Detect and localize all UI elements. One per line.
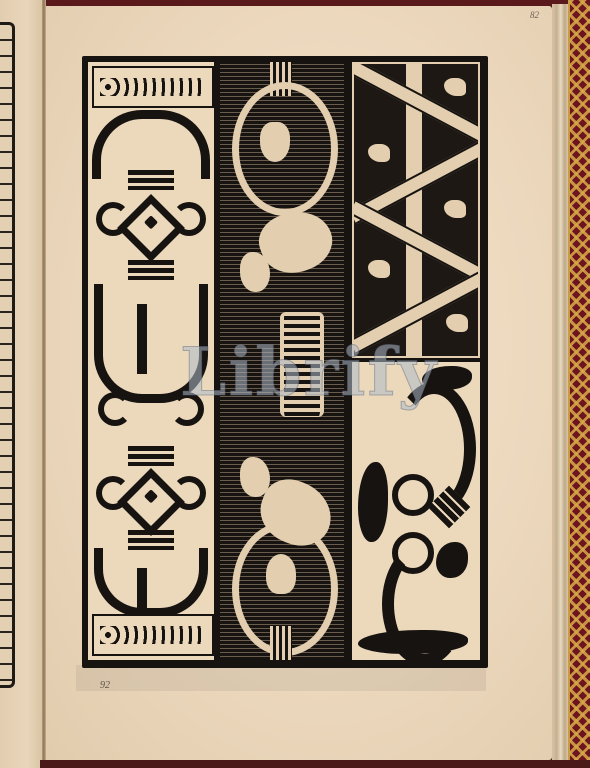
binding-bottom-edge: [40, 760, 590, 768]
animal-upper-head: [240, 252, 270, 292]
bar-ornament-icon: [128, 530, 174, 550]
frieze-top: [92, 66, 214, 108]
foliage-icon: [358, 462, 388, 542]
left-page: [0, 0, 44, 768]
scroll-ornament-icon: [92, 110, 210, 179]
curl-ornament-icon: [170, 392, 204, 426]
vase-scroll-ornament-icon: [94, 284, 208, 403]
curl-ornament-icon: [96, 202, 130, 236]
ink-offset-shadow: [76, 665, 486, 691]
woodcut-panel-serpent: [352, 362, 480, 660]
left-page-woodcut-fragment: [0, 22, 15, 688]
signature-mark: 92: [100, 680, 110, 691]
curl-ornament-icon: [172, 202, 206, 236]
page-fore-edge: [552, 4, 568, 760]
woodcut-panel-left: [88, 62, 214, 660]
plant-icon: [260, 122, 290, 162]
woodcut-panel-center: [220, 62, 344, 660]
woodcut-panel-trellis: [352, 62, 480, 358]
spiral-icon: [392, 474, 434, 516]
pillar-bottom-icon: [270, 626, 292, 660]
bar-ornament-icon: [128, 446, 174, 466]
vase-scroll-ornament-icon: [94, 548, 208, 617]
vine-leaf-icon: [368, 260, 390, 278]
book-photo: 82: [0, 0, 590, 768]
gilt-binding-edge: [568, 0, 590, 768]
curl-ornament-icon: [172, 476, 206, 510]
vine-leaf-icon: [368, 144, 390, 162]
frieze-bottom: [92, 614, 214, 656]
vine-leaf-icon: [444, 200, 466, 218]
woodcut-block: [82, 56, 488, 668]
bar-ornament-icon: [128, 260, 174, 280]
vine-leaf-icon: [444, 78, 466, 96]
fluted-column-icon: [280, 312, 324, 417]
vine-leaf-icon: [446, 314, 468, 332]
curl-ornament-icon: [98, 392, 132, 426]
folio-number: 82: [530, 10, 539, 20]
animal-lower-head: [240, 457, 270, 497]
bar-ornament-icon: [128, 170, 174, 190]
foliage-icon: [436, 542, 468, 578]
curl-ornament-icon: [96, 476, 130, 510]
